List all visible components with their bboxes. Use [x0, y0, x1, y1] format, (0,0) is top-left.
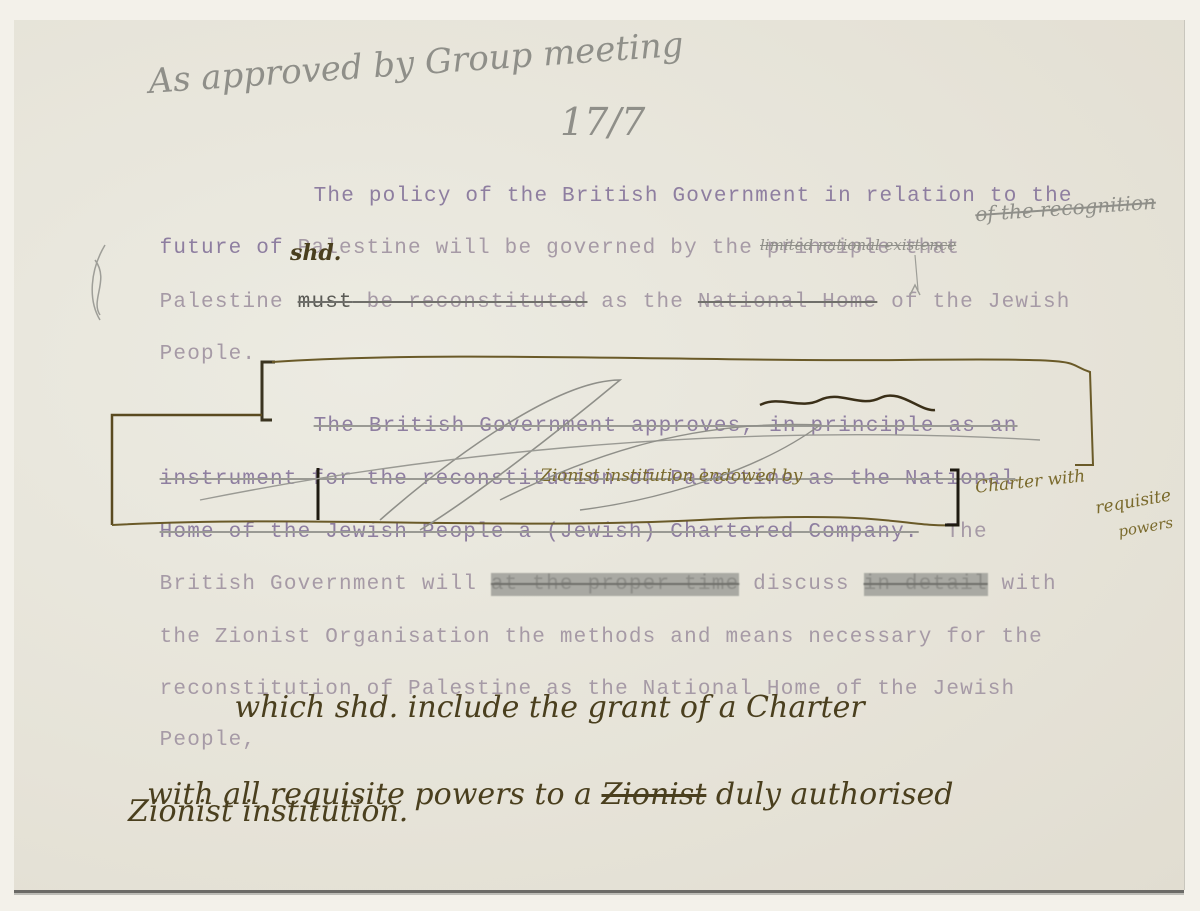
annotation-marks: [0, 0, 1200, 911]
ink-bracket-open-icon: [262, 362, 275, 420]
ink-bracket-close-icon: [945, 470, 958, 525]
